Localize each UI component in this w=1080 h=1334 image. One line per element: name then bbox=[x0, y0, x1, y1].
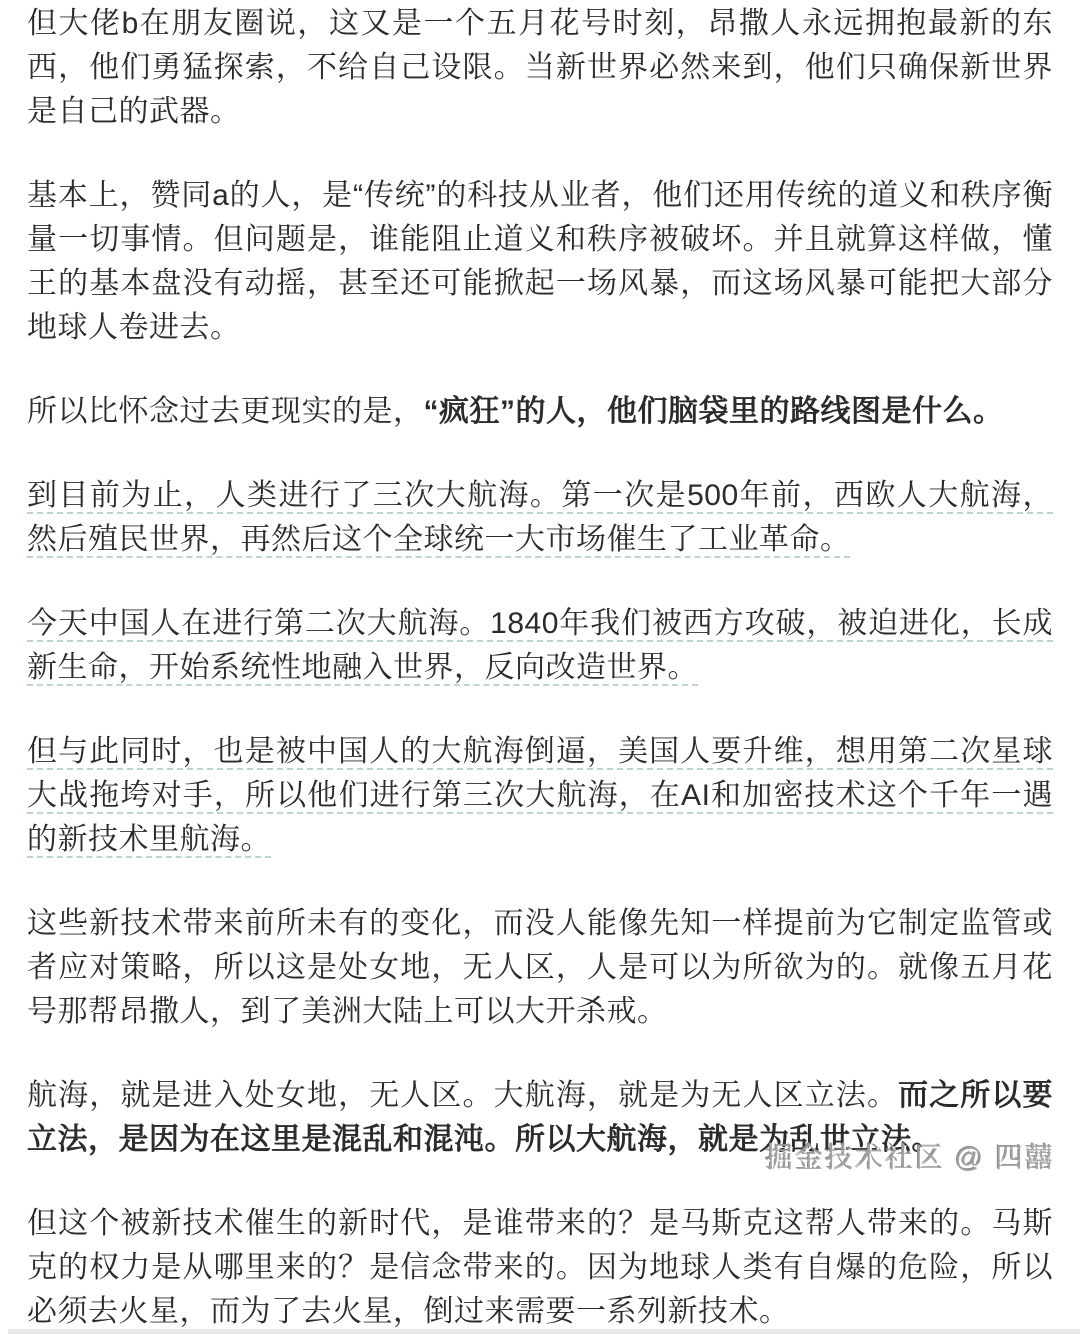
paragraph: 基本上，赞同a的人，是“传统”的科技从业者，他们还用传统的道义和秩序衡量一切事情… bbox=[27, 174, 1053, 350]
paragraph: 但大佬b在朋友圈说，这又是一个五月花号时刻，昂撒人永远拥抱最新的东西，他们勇猛探… bbox=[27, 2, 1053, 134]
paragraph-underlined: 今天中国人在进行第二次大航海。1840年我们被西方攻破，被迫进化，长成新生命，开… bbox=[27, 602, 1053, 690]
paragraph-underlined: 但与此同时，也是被中国人的大航海倒逼，美国人要升维，想用第二次星球大战拖垮对手，… bbox=[27, 730, 1053, 862]
paragraph-text: 这些新技术带来前所未有的变化，而没人能像先知一样提前为它制定监管或者应对策略，所… bbox=[27, 907, 1053, 1028]
paragraph: 航海，就是进入处女地，无人区。大航海，就是为无人区立法。而之所以要立法，是因为在… bbox=[27, 1074, 1053, 1162]
paragraph: 但这个被新技术催生的新时代，是谁带来的？是马斯克这帮人带来的。马斯克的权力是从哪… bbox=[27, 1202, 1053, 1334]
paragraph-text: 但与此同时，也是被中国人的大航海倒逼，美国人要升维，想用第二次星球大战拖垮对手，… bbox=[27, 735, 1053, 856]
paragraph-text: 但这个被新技术催生的新时代，是谁带来的？是马斯克这帮人带来的。马斯克的权力是从哪… bbox=[27, 1207, 1053, 1328]
paragraph-underlined: 到目前为止，人类进行了三次大航海。第一次是500年前，西欧人大航海，然后殖民世界… bbox=[27, 474, 1053, 562]
paragraph-text: 基本上，赞同a的人，是“传统”的科技从业者，他们还用传统的道义和秩序衡量一切事情… bbox=[27, 179, 1053, 344]
page-bottom-divider bbox=[8, 1329, 1080, 1334]
paragraph-text: 但大佬b在朋友圈说，这又是一个五月花号时刻，昂撒人永远拥抱最新的东西，他们勇猛探… bbox=[27, 7, 1053, 128]
paragraph-text: 到目前为止，人类进行了三次大航海。第一次是500年前，西欧人大航海，然后殖民世界… bbox=[27, 479, 1053, 556]
paragraph: 所以比怀念过去更现实的是，“疯狂”的人，他们脑袋里的路线图是什么。 bbox=[27, 390, 1053, 434]
paragraph-text: 今天中国人在进行第二次大航海。1840年我们被西方攻破，被迫进化，长成新生命，开… bbox=[27, 607, 1053, 684]
article-page: 但大佬b在朋友圈说，这又是一个五月花号时刻，昂撒人永远拥抱最新的东西，他们勇猛探… bbox=[0, 0, 1080, 1334]
paragraph-text: 航海，就是进入处女地，无人区。大航海，就是为无人区立法。 bbox=[27, 1079, 898, 1112]
paragraph: 这些新技术带来前所未有的变化，而没人能像先知一样提前为它制定监管或者应对策略，所… bbox=[27, 902, 1053, 1034]
paragraph-text-bold: “疯狂”的人，他们脑袋里的路线图是什么。 bbox=[424, 395, 1004, 428]
paragraph-text: 所以比怀念过去更现实的是， bbox=[27, 395, 424, 428]
article-body: 但大佬b在朋友圈说，这又是一个五月花号时刻，昂撒人永远拥抱最新的东西，他们勇猛探… bbox=[0, 0, 1080, 1334]
